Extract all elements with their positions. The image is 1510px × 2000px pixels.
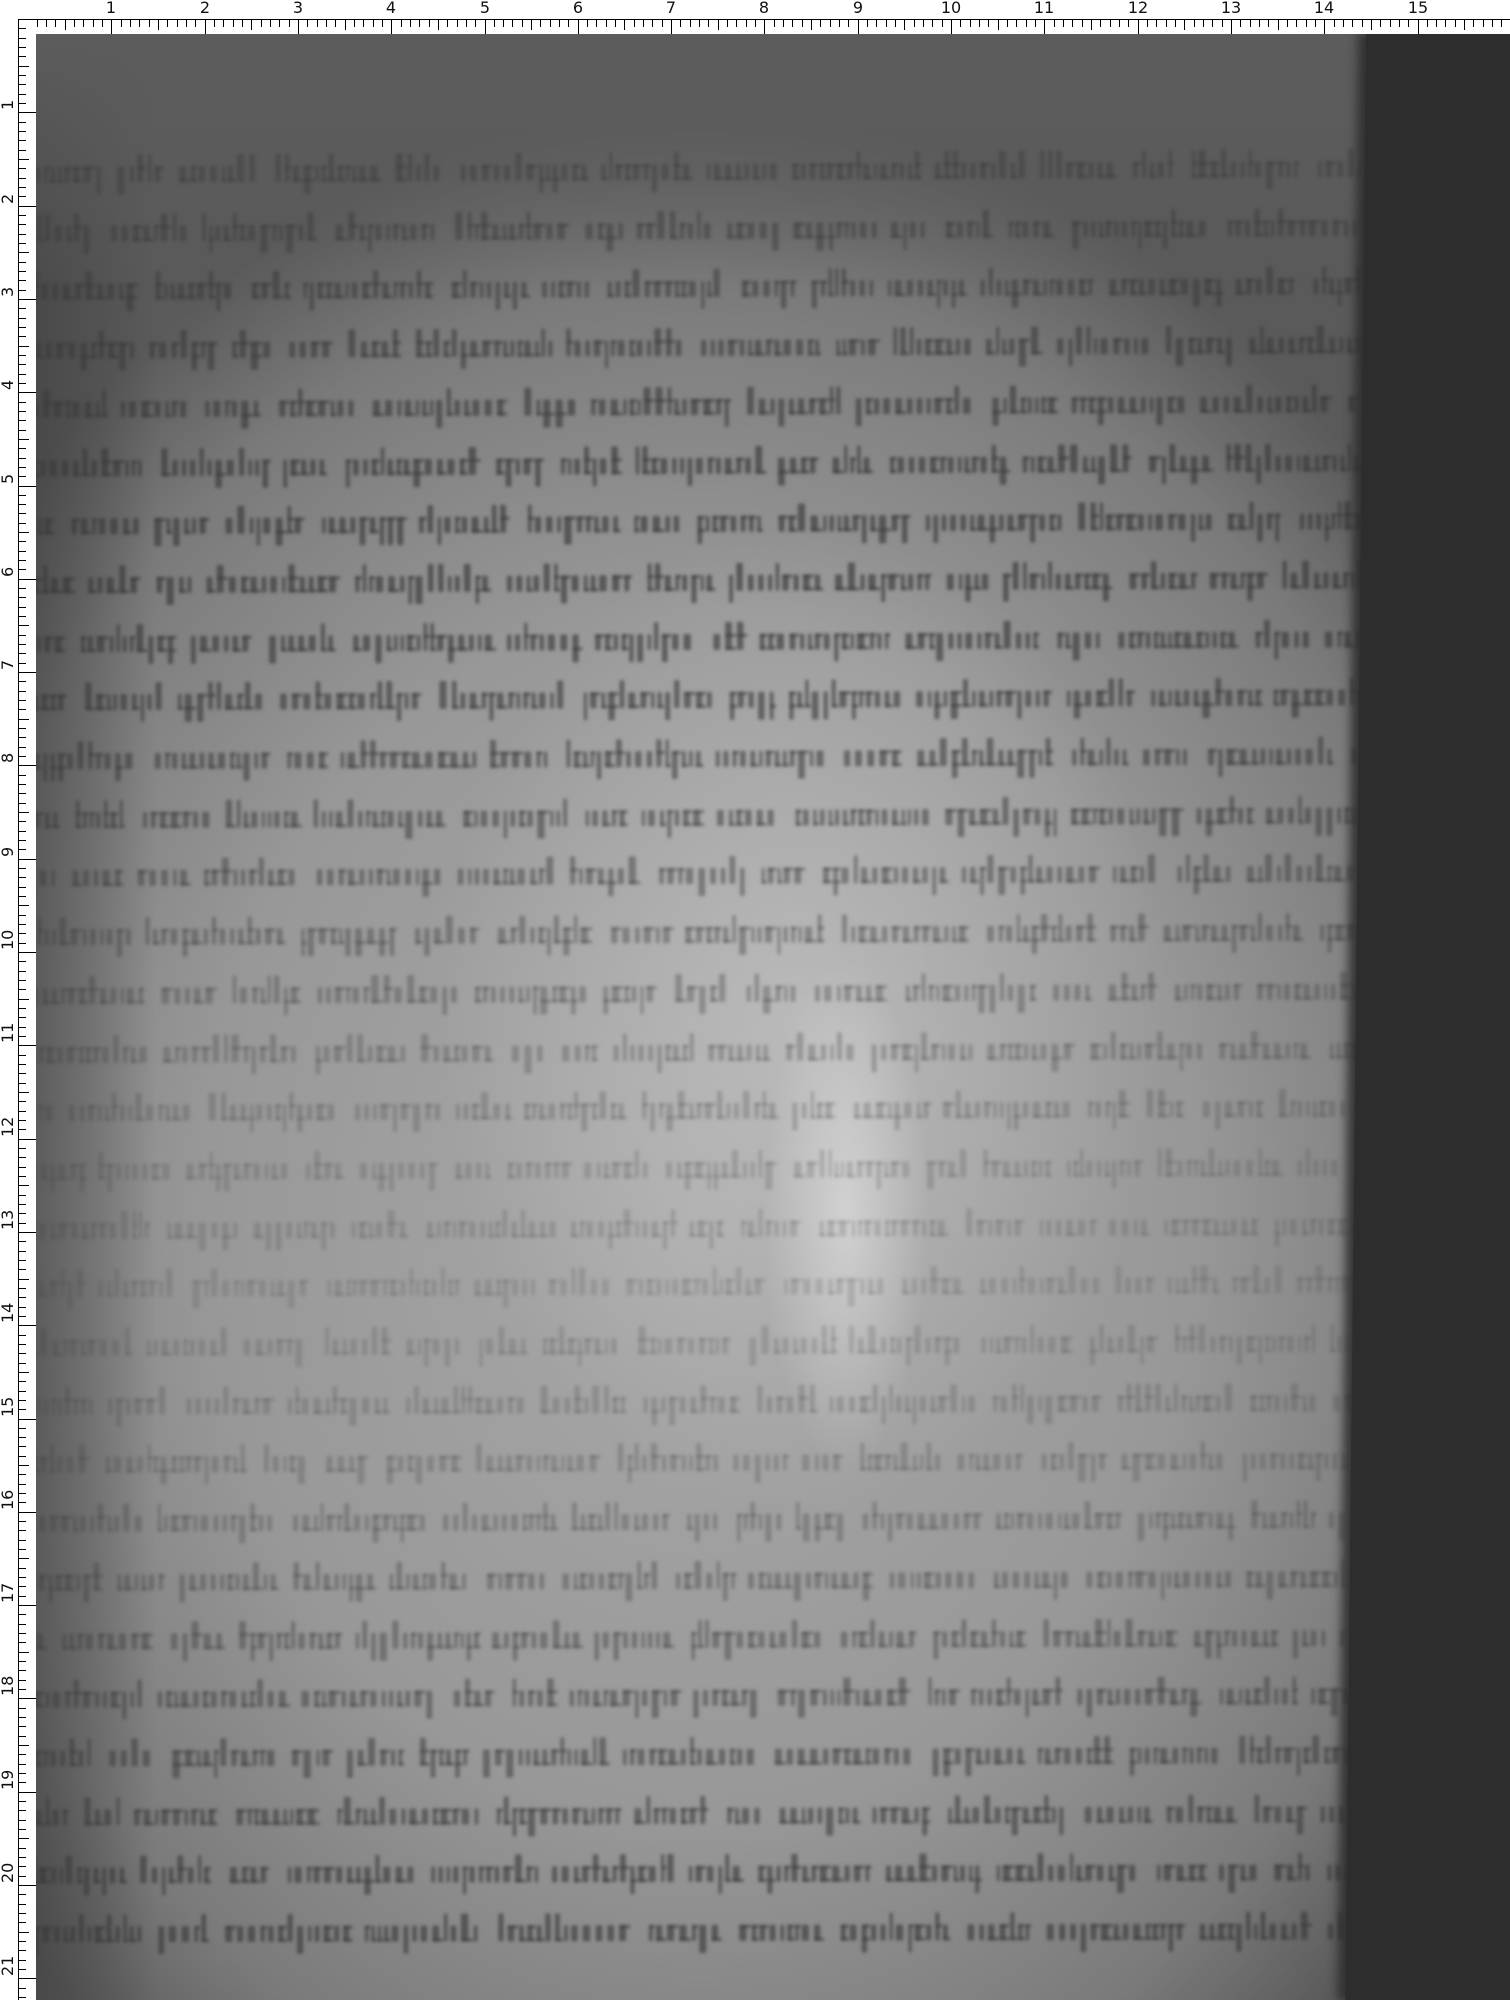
- ruler-tick: [18, 719, 29, 720]
- ruler-tick: [18, 150, 26, 151]
- ruler-tick: [18, 439, 29, 440]
- ruler-tick: [18, 1493, 26, 1494]
- ruler-tick: [18, 1960, 26, 1961]
- ruler-tick: [18, 868, 26, 869]
- ruler-tick: [18, 252, 29, 253]
- ruler-tick: [18, 1577, 26, 1578]
- ruler-tick: [1128, 19, 1129, 27]
- ruler-tick: [18, 635, 26, 636]
- ruler-tick: [727, 19, 728, 27]
- ruler-tick: [18, 1391, 26, 1392]
- ruler-tick: [1138, 19, 1139, 34]
- ruler-tick: [494, 19, 495, 27]
- ruler-tick: [18, 793, 26, 794]
- ruler-tick: [811, 19, 812, 30]
- ruler-tick: [1315, 19, 1316, 27]
- ruler-tick: [18, 364, 26, 365]
- ruler-tick: [998, 19, 999, 30]
- ruler-tick: [18, 737, 26, 738]
- ruler-tick: [18, 19, 36, 20]
- text-line: [36, 325, 1361, 371]
- ruler-tick: [429, 19, 430, 27]
- ruler-tick: [18, 849, 26, 850]
- ruler-tick: [223, 19, 224, 27]
- ruler-tick: [18, 131, 26, 132]
- text-line: [36, 1559, 1361, 1603]
- ruler-tick: [37, 19, 38, 27]
- ruler-tick: [1054, 19, 1055, 27]
- ruler-tick: [18, 383, 26, 384]
- ruler-tick: [1501, 19, 1502, 27]
- ruler-tick: [774, 19, 775, 27]
- ruler-tick: [1110, 19, 1111, 27]
- ruler-tick: [18, 1139, 36, 1140]
- ruler-label: 6: [0, 567, 16, 577]
- ruler-tick: [18, 1148, 26, 1149]
- ruler-tick: [1268, 19, 1269, 27]
- ruler-tick: [18, 1922, 26, 1923]
- ruler-tick: [18, 1605, 36, 1606]
- ruler-tick: [18, 1773, 26, 1774]
- ruler-tick: [18, 840, 26, 841]
- ruler-tick: [18, 430, 26, 431]
- ruler-tick: [1408, 19, 1409, 27]
- ruler-tick: [18, 1913, 26, 1914]
- ruler-tick: [233, 19, 234, 27]
- ruler-tick: [18, 1484, 26, 1485]
- ruler-tick: [1483, 19, 1484, 27]
- ruler-tick: [18, 915, 26, 916]
- text-line: [36, 795, 1361, 840]
- ruler-tick: [1147, 19, 1148, 27]
- ruler-tick: [1026, 19, 1027, 27]
- manuscript-scan-image: [36, 34, 1510, 2000]
- ruler-tick: [18, 765, 36, 766]
- ruler-tick: [1473, 19, 1474, 27]
- ruler-tick: [18, 103, 26, 104]
- ruler-tick: [792, 19, 793, 27]
- ruler-tick: [18, 1661, 26, 1662]
- ruler-tick: [18, 467, 26, 468]
- ruler-tick: [1343, 19, 1344, 27]
- ruler-label: 21: [0, 1956, 16, 1976]
- ruler-tick: [186, 19, 187, 27]
- ruler-tick: [867, 19, 868, 27]
- ruler-label: 1: [0, 100, 16, 110]
- ruler-label: 7: [666, 0, 676, 16]
- ruler-tick: [18, 1008, 26, 1009]
- ruler-tick: [419, 19, 420, 27]
- ruler-label: 6: [573, 0, 583, 16]
- ruler-tick: [18, 168, 26, 169]
- ruler-tick: [270, 19, 271, 27]
- ruler-tick: [18, 709, 26, 710]
- ruler-tick: [475, 19, 476, 27]
- text-line: [36, 1207, 1361, 1251]
- ruler-tick: [18, 159, 29, 160]
- ruler-tick: [18, 1409, 26, 1410]
- ruler-tick: [18, 1680, 26, 1681]
- ruler-label: 8: [759, 0, 769, 16]
- ruler-tick: [18, 196, 26, 197]
- ruler-tick: [18, 1549, 26, 1550]
- ruler-tick: [18, 411, 26, 412]
- ruler-tick: [18, 122, 26, 123]
- ruler-tick: [18, 299, 36, 300]
- ruler-tick: [18, 989, 26, 990]
- ruler-tick: [18, 234, 26, 235]
- ruler-tick: [167, 19, 168, 27]
- ruler-tick: [18, 1988, 26, 1989]
- ruler-tick: [18, 28, 26, 29]
- ruler-tick: [18, 999, 29, 1000]
- ruler-tick: [886, 19, 887, 27]
- ruler-label: 4: [0, 380, 16, 390]
- ruler-tick: [18, 355, 26, 356]
- ruler-tick: [18, 327, 26, 328]
- ruler-label: 20: [0, 1863, 16, 1883]
- ruler-tick: [18, 1129, 26, 1130]
- ruler-tick: [1464, 19, 1465, 30]
- dark-edge-band: [1345, 34, 1510, 2000]
- ruler-tick: [18, 961, 26, 962]
- ruler-tick: [18, 1633, 26, 1634]
- ruler-tick: [18, 859, 36, 860]
- ruler-label: 7: [0, 660, 16, 670]
- ruler-tick: [18, 747, 26, 748]
- ruler-tick: [18, 1260, 26, 1261]
- ruler-tick: [680, 19, 681, 27]
- ruler-tick: [18, 1064, 26, 1065]
- ruler-tick: [457, 19, 458, 27]
- ruler-tick: [18, 1838, 29, 1839]
- ruler-tick: [18, 1185, 29, 1186]
- ruler-tick: [596, 19, 597, 27]
- ruler-tick: [18, 1512, 36, 1513]
- ruler-tick: [18, 905, 29, 906]
- text-line: [36, 1089, 1361, 1133]
- ruler-tick: [18, 1372, 29, 1373]
- ruler-tick: [335, 19, 336, 27]
- ruler-tick: [1324, 19, 1325, 34]
- ruler-tick: [18, 672, 36, 673]
- ruler-tick: [18, 1904, 26, 1905]
- ruler-tick: [1259, 19, 1260, 27]
- text-line: [36, 560, 1361, 605]
- ruler-tick: [317, 19, 318, 27]
- ruler-tick: [18, 1027, 26, 1028]
- mirrored-text-lines: [36, 34, 1510, 2000]
- ruler-tick: [18, 346, 29, 347]
- ruler-tick: [18, 887, 26, 888]
- ruler-tick: [1166, 19, 1167, 27]
- ruler-tick: [18, 597, 26, 598]
- ruler-tick: [764, 19, 765, 34]
- text-line: [36, 384, 1361, 429]
- ruler-tick: [18, 803, 26, 804]
- ruler-tick: [261, 19, 262, 27]
- ruler-tick: [18, 1456, 26, 1457]
- ruler-tick: [942, 19, 943, 27]
- ruler-tick: [736, 19, 737, 27]
- ruler-label: 5: [480, 0, 490, 16]
- ruler-tick: [18, 178, 26, 179]
- ruler-tick: [18, 112, 36, 113]
- ruler-tick: [74, 19, 75, 27]
- ruler-tick: [18, 1428, 26, 1429]
- ruler-tick: [951, 19, 952, 34]
- ruler-label: 3: [293, 0, 303, 16]
- ruler-tick: [307, 19, 308, 27]
- ruler-tick: [18, 420, 26, 421]
- ruler-tick: [18, 579, 36, 580]
- ruler-tick: [18, 952, 36, 953]
- ruler-tick: [18, 1232, 36, 1233]
- text-line: [36, 1911, 1361, 1954]
- ruler-tick: [373, 19, 374, 27]
- text-line: [36, 1853, 1361, 1896]
- text-line: [36, 1735, 1361, 1778]
- ruler-tick: [606, 19, 607, 27]
- ruler-tick: [1044, 19, 1045, 34]
- ruler-tick: [298, 19, 299, 34]
- ruler-tick: [1296, 19, 1297, 27]
- ruler-tick: [18, 1614, 26, 1615]
- ruler-tick: [18, 374, 26, 375]
- ruler-tick: [755, 19, 756, 27]
- ruler-tick: [18, 784, 26, 785]
- ruler-label: 12: [1128, 0, 1148, 16]
- ruler-tick: [18, 700, 26, 701]
- ruler-tick: [18, 1045, 36, 1046]
- ruler-tick: [18, 1876, 26, 1877]
- ruler-tick: [662, 19, 663, 27]
- ruler-tick: [18, 1213, 26, 1214]
- ruler-tick: [18, 336, 26, 337]
- ruler-tick: [93, 19, 94, 27]
- ruler-tick: [1100, 19, 1101, 27]
- ruler-tick: [699, 19, 700, 27]
- ruler-tick: [111, 19, 112, 34]
- ruler-tick: [18, 1978, 36, 1979]
- ruler-tick: [18, 1017, 26, 1018]
- ruler-tick: [18, 1288, 26, 1289]
- ruler-label: 14: [1314, 0, 1334, 16]
- ruler-tick: [18, 663, 26, 664]
- ruler-tick: [18, 1101, 26, 1102]
- ruler-tick: [251, 19, 252, 30]
- ruler-tick: [18, 1997, 26, 1998]
- ruler-tick: [18, 625, 29, 626]
- ruler-tick: [18, 1820, 26, 1821]
- ruler-tick: [820, 19, 821, 27]
- ruler-tick: [18, 1782, 26, 1783]
- ruler-tick: [18, 476, 26, 477]
- ruler-tick: [18, 1745, 29, 1746]
- ruler-tick: [18, 1120, 26, 1121]
- ruler-tick: [18, 756, 26, 757]
- ruler-tick: [83, 19, 84, 27]
- ruler-tick: [960, 19, 961, 27]
- ruler-label: 18: [0, 1676, 16, 1696]
- text-line: [36, 149, 1361, 195]
- ruler-tick: [643, 19, 644, 27]
- ruler-tick: [18, 1736, 26, 1737]
- ruler-tick: [18, 1073, 26, 1074]
- text-line: [36, 502, 1361, 547]
- ruler-tick: [18, 1167, 26, 1168]
- text-line: [36, 972, 1361, 1017]
- ruler-tick: [1007, 19, 1008, 27]
- ruler-tick: [718, 19, 719, 30]
- ruler-tick: [18, 38, 26, 39]
- ruler-tick: [531, 19, 532, 30]
- ruler-label: 8: [0, 753, 16, 763]
- ruler-tick: [391, 19, 392, 34]
- text-line: [36, 1618, 1361, 1662]
- ruler-tick: [18, 1894, 26, 1895]
- ruler-tick: [904, 19, 905, 30]
- ruler-tick: [18, 775, 26, 776]
- ruler-label: 10: [941, 0, 961, 16]
- text-line: [36, 1324, 1361, 1368]
- ruler-tick: [18, 924, 26, 925]
- ruler-label: 12: [0, 1117, 16, 1137]
- ruler-tick: [876, 19, 877, 27]
- ruler-tick: [18, 1866, 26, 1867]
- ruler-tick: [18, 569, 26, 570]
- ruler-tick: [18, 1195, 26, 1196]
- ruler-tick: [18, 933, 26, 934]
- text-line: [36, 1148, 1361, 1192]
- ruler-tick: [18, 1419, 36, 1420]
- ruler-tick: [18, 215, 26, 216]
- ruler-tick: [18, 262, 26, 263]
- ruler-tick: [466, 19, 467, 27]
- ruler-tick: [18, 243, 26, 244]
- ruler-tick: [18, 513, 26, 514]
- ruler-tick: [18, 1596, 26, 1597]
- ruler-tick: [18, 821, 26, 822]
- ruler-tick: [18, 1530, 26, 1531]
- ruler-label: 9: [0, 847, 16, 857]
- ruler-tick: [18, 1297, 26, 1298]
- ruler-tick: [18, 271, 26, 272]
- text-line: [36, 913, 1361, 958]
- ruler-label: 13: [0, 1210, 16, 1230]
- ruler-tick: [1380, 19, 1381, 27]
- ruler-tick: [102, 19, 103, 27]
- ruler-tick: [18, 1829, 26, 1830]
- ruler-tick: [746, 19, 747, 27]
- horizontal-ruler: 0123456789101112131415: [0, 0, 1510, 34]
- ruler-tick: [326, 19, 327, 27]
- ruler-tick: [18, 1437, 26, 1438]
- ruler-tick: [18, 728, 26, 729]
- ruler-tick: [18, 588, 26, 589]
- ruler-tick: [1455, 19, 1456, 27]
- ruler-tick: [690, 19, 691, 27]
- ruler-tick: [354, 19, 355, 27]
- ruler-tick: [18, 812, 29, 813]
- ruler-tick: [18, 1279, 29, 1280]
- ruler-tick: [18, 1792, 36, 1793]
- ruler-tick: [55, 19, 56, 27]
- ruler-tick: [410, 19, 411, 27]
- ruler-tick: [18, 1446, 26, 1447]
- ruler-tick: [18, 280, 26, 281]
- ruler-tick: [1445, 19, 1446, 27]
- ruler-tick: [18, 1083, 26, 1084]
- text-line: [36, 208, 1361, 254]
- text-line: [36, 1500, 1361, 1544]
- ruler-label: 15: [1408, 0, 1428, 16]
- ruler-label: 11: [0, 1023, 16, 1043]
- ruler-tick: [914, 19, 915, 27]
- ruler-tick: [18, 653, 26, 654]
- ruler-tick: [1082, 19, 1083, 27]
- ruler-tick: [18, 1092, 29, 1093]
- ruler-tick: [1194, 19, 1195, 27]
- ruler-tick: [932, 19, 933, 27]
- ruler-tick: [345, 19, 346, 30]
- ruler-tick: [130, 19, 131, 27]
- ruler-tick: [1035, 19, 1036, 27]
- ruler-tick: [18, 1363, 26, 1364]
- ruler-tick: [18, 1055, 26, 1056]
- ruler-tick: [18, 1848, 26, 1849]
- ruler-tick: [1231, 19, 1232, 34]
- ruler-tick: [624, 19, 625, 30]
- ruler-tick: [18, 402, 26, 403]
- ruler-tick: [1399, 19, 1400, 27]
- ruler-tick: [18, 1801, 26, 1802]
- ruler-tick: [671, 19, 672, 34]
- ruler-tick: [1306, 19, 1307, 27]
- ruler-tick: [18, 1353, 26, 1354]
- ruler-tick: [18, 681, 26, 682]
- ruler-tick: [18, 691, 26, 692]
- ruler-tick: [18, 560, 26, 561]
- ruler-tick: [979, 19, 980, 27]
- ruler-tick: [401, 19, 402, 27]
- ruler-tick: [195, 19, 196, 27]
- ruler-label: 10: [0, 930, 16, 950]
- ruler-tick: [568, 19, 569, 27]
- ruler-tick: [18, 541, 26, 542]
- ruler-tick: [18, 1857, 26, 1858]
- ruler-tick: [18, 224, 26, 225]
- ruler-tick: [18, 1111, 26, 1112]
- ruler-tick: [858, 19, 859, 34]
- ruler-tick: [18, 644, 26, 645]
- vertical-ruler: 123456789101112131415161718192021: [0, 0, 36, 2000]
- ruler-tick: [18, 66, 29, 67]
- ruler-tick: [18, 56, 26, 57]
- ruler-tick: [1334, 19, 1335, 27]
- ruler-tick: [18, 1810, 26, 1811]
- ruler-tick: [177, 19, 178, 27]
- ruler-tick: [18, 1241, 26, 1242]
- ruler-tick: [1156, 19, 1157, 27]
- ruler-tick: [18, 1335, 26, 1336]
- ruler-tick: [214, 19, 215, 27]
- ruler-tick: [18, 877, 26, 878]
- ruler-tick: [18, 1204, 26, 1205]
- ruler-tick: [18, 448, 26, 449]
- ruler-tick: [149, 19, 150, 27]
- ruler-tick: [205, 19, 206, 34]
